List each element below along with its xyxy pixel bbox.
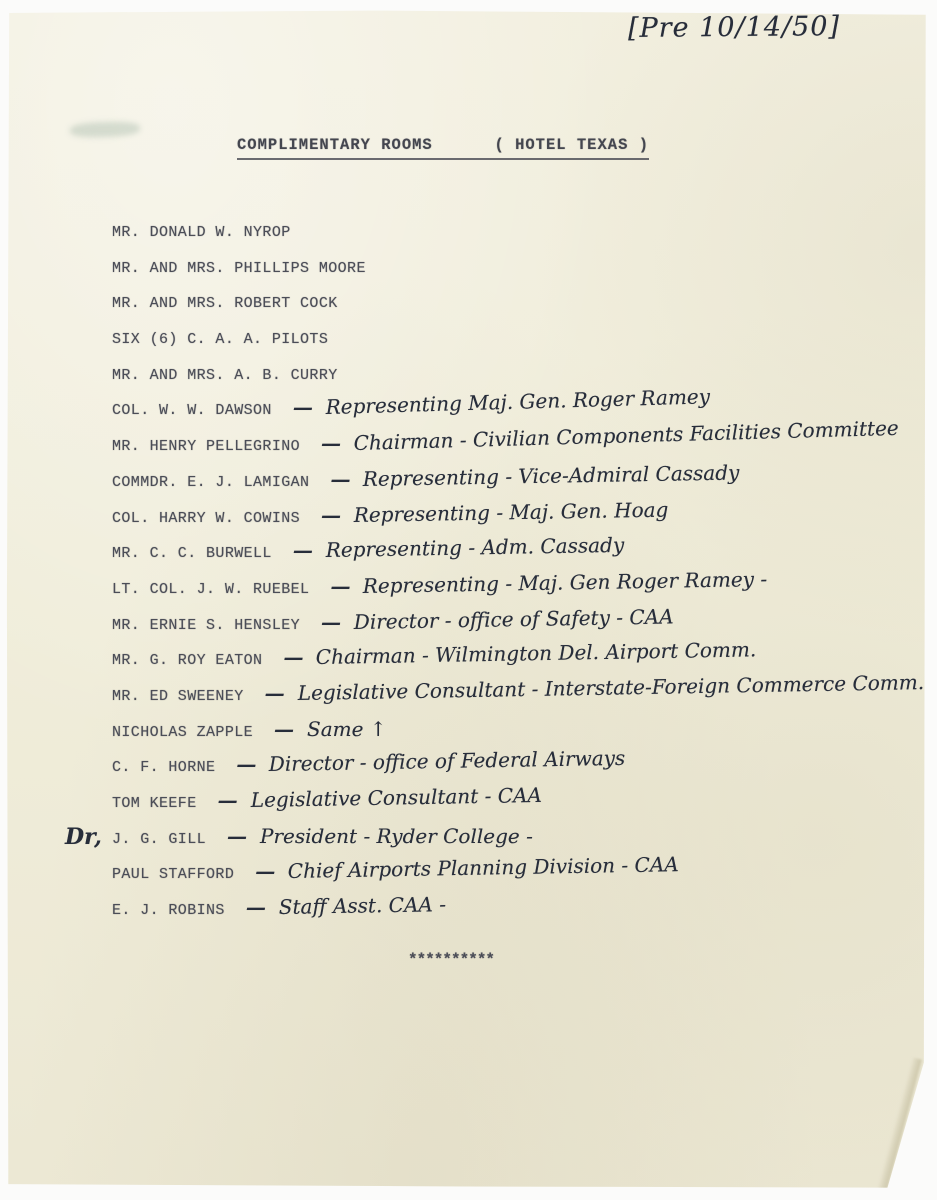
handwritten-note: Representing - Adm. Cassady	[325, 533, 624, 562]
handwritten-dash: —	[255, 859, 275, 883]
guest-name: E. J. ROBINS	[112, 893, 225, 929]
handwritten-dash: —	[330, 574, 350, 598]
handwritten-note: Chief Airports Planning Division - CAA	[288, 853, 679, 884]
guest-name: J. G. GILL	[112, 822, 206, 858]
handwritten-note: Representing - Maj. Gen. Hoag	[354, 497, 669, 526]
guest-name: NICHOLAS ZAPPLE	[112, 715, 253, 751]
handwritten-date-note: [Pre 10/14/50]	[628, 11, 840, 44]
handwritten-dash: —	[283, 645, 303, 669]
list-item: NICHOLAS ZAPPLE — Same ↑	[112, 715, 912, 751]
handwritten-dash: —	[246, 895, 266, 919]
title-left: COMPLIMENTARY ROOMS	[237, 136, 433, 154]
guest-name: MR. C. C. BURWELL	[112, 536, 272, 572]
list-item: LT. COL. J. W. RUEBEL — Representing - M…	[112, 572, 912, 608]
guest-name: MR. AND MRS. ROBERT COCK	[112, 286, 338, 322]
guest-name: SIX (6) C. A. A. PILOTS	[112, 322, 328, 358]
guest-name: MR. ERNIE S. HENSLEY	[112, 608, 300, 644]
handwritten-dash: —	[265, 681, 285, 705]
list-item: SIX (6) C. A. A. PILOTS	[112, 322, 912, 358]
guest-name: COL. W. W. DAWSON	[112, 393, 272, 429]
guest-name: MR. AND MRS. A. B. CURRY	[112, 358, 338, 394]
list-item: MR. C. C. BURWELL — Representing - Adm. …	[112, 536, 912, 572]
handwritten-dash: —	[293, 538, 313, 562]
list-item: COL. HARRY W. COWINS — Representing - Ma…	[112, 501, 912, 537]
guest-name: TOM KEEFE	[112, 786, 197, 822]
list-item: MR. ERNIE S. HENSLEY — Director - office…	[112, 608, 912, 644]
list-item: E. J. ROBINS — Staff Asst. CAA -	[112, 893, 912, 929]
list-item: COMMDR. E. J. LAMIGAN — Representing - V…	[112, 465, 912, 501]
guest-name: MR. DONALD W. NYROP	[112, 215, 291, 251]
list-item: MR. AND MRS. A. B. CURRY	[112, 358, 912, 394]
handwritten-dash: —	[227, 824, 247, 848]
guest-name: MR. AND MRS. PHILLIPS MOORE	[112, 251, 366, 287]
list-item: Dr, J. G. GILL — President - Ryder Colle…	[112, 822, 912, 858]
handwritten-note: Legislative Consultant - CAA	[250, 783, 542, 812]
title-right: ( HOTEL TEXAS )	[494, 136, 649, 154]
footer-divider: **********	[408, 951, 494, 969]
handwritten-note: Representing - Maj. Gen Roger Ramey -	[363, 567, 768, 598]
guest-name: COMMDR. E. J. LAMIGAN	[112, 465, 309, 501]
list-item: MR. AND MRS. PHILLIPS MOORE	[112, 251, 912, 287]
handwritten-note: Staff Asst. CAA -	[278, 892, 446, 919]
guest-name: LT. COL. J. W. RUEBEL	[112, 572, 309, 608]
handwritten-note: Director - office of Safety - CAA	[354, 604, 674, 634]
guest-name: C. F. HORNE	[112, 750, 215, 786]
guest-list: MR. DONALD W. NYROP MR. AND MRS. PHILLIP…	[112, 215, 912, 929]
guest-name: MR. HENRY PELLEGRINO	[112, 429, 300, 465]
handwritten-dash: —	[293, 395, 313, 419]
list-item: MR. AND MRS. ROBERT COCK	[112, 286, 912, 322]
handwritten-dash: —	[321, 610, 341, 634]
list-item: MR. HENRY PELLEGRINO — Chairman - Civili…	[112, 429, 912, 465]
document-title: COMPLIMENTARY ROOMS ( HOTEL TEXAS )	[237, 136, 649, 160]
guest-name: MR. G. ROY EATON	[112, 643, 262, 679]
handwritten-dash: —	[330, 467, 350, 491]
handwritten-note: Director - office of Federal Airways	[269, 746, 626, 776]
list-item: C. F. HORNE — Director - office of Feder…	[112, 750, 912, 786]
list-item: PAUL STAFFORD — Chief Airports Planning …	[112, 857, 912, 893]
handwritten-dash: —	[218, 788, 238, 812]
handwritten-note: Same ↑	[307, 717, 387, 741]
handwritten-dash: —	[321, 503, 341, 527]
list-item: MR. DONALD W. NYROP	[112, 215, 912, 251]
handwritten-dash: —	[321, 431, 341, 455]
scanned-page: [Pre 10/14/50] COMPLIMENTARY ROOMS ( HOT…	[6, 10, 928, 1190]
handwritten-dash: —	[236, 752, 256, 776]
handwritten-note: Representing - Vice-Admiral Cassady	[363, 460, 740, 491]
handwritten-prefix: Dr,	[65, 824, 102, 850]
list-item: MR. ED SWEENEY — Legislative Consultant …	[112, 679, 912, 715]
ink-smudge	[70, 121, 140, 138]
guest-name: MR. ED SWEENEY	[112, 679, 244, 715]
list-item: TOM KEEFE — Legislative Consultant - CAA	[112, 786, 912, 822]
guest-name: PAUL STAFFORD	[112, 857, 234, 893]
folded-corner	[876, 1057, 922, 1195]
handwritten-dash: —	[274, 717, 294, 741]
handwritten-note: Chairman - Wilmington Del. Airport Comm.	[316, 638, 757, 670]
handwritten-note: President - Ryder College -	[260, 824, 533, 848]
guest-name: COL. HARRY W. COWINS	[112, 501, 300, 537]
